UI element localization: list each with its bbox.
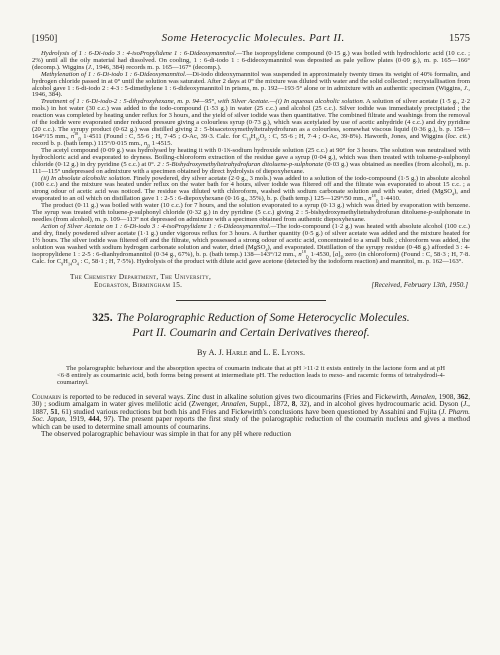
page-header: [1950] Some Heterocyclic Molecules. Part… bbox=[32, 32, 470, 44]
author-address-block: The Chemistry Department, The University… bbox=[32, 273, 470, 289]
article-number: 325. bbox=[92, 311, 112, 324]
received-date: [Received, February 13th, 1950.] bbox=[371, 281, 468, 289]
para-absolute-alcohol: (ii) In absolute alcoholic solution. Fin… bbox=[32, 176, 470, 204]
para-hydrolysis: Hydrolysis of 1 : 6-Di-iodo 3 : 4-isoPro… bbox=[32, 51, 470, 72]
para-action-silver-acetate: Action of Silver Acetate on 1 : 6-Di-iod… bbox=[32, 224, 470, 266]
header-year: [1950] bbox=[32, 34, 57, 44]
byline: By A. J. Harle and L. E. Lyons. bbox=[32, 348, 470, 357]
para-methylenation: Methylenation of 1 : 6-Di-iodo 1 : 6-Did… bbox=[32, 72, 470, 100]
experimental-section: Hydrolysis of 1 : 6-Di-iodo 3 : 4-isoPro… bbox=[32, 51, 470, 266]
article-title: 325.The Polarographic Reduction of Some … bbox=[32, 310, 470, 341]
address-line-1: The Chemistry Department, The University… bbox=[70, 273, 470, 281]
running-title: Some Heterocyclic Molecules. Part II. bbox=[57, 32, 449, 44]
journal-page: [1950] Some Heterocyclic Molecules. Part… bbox=[0, 0, 500, 655]
article-body: Coumarin is reported to be reduced in se… bbox=[32, 393, 470, 437]
body-paragraph-coumarin: Coumarin is reported to be reduced in se… bbox=[32, 393, 470, 430]
body-paragraph-polarographic: The observed polarographic behaviour was… bbox=[32, 430, 470, 437]
article-title-line-2: Part II. Coumarin and Certain Derivative… bbox=[32, 325, 470, 341]
section-divider bbox=[176, 300, 326, 301]
article-title-line-1: The Polarographic Reduction of Some Hete… bbox=[117, 311, 410, 324]
para-acetyl-hydrolysis: The acetyl compound (0·09 g.) was hydrol… bbox=[32, 148, 470, 176]
abstract: The polarographic behaviour and the abso… bbox=[57, 365, 445, 386]
para-product-boiled: The product (0·11 g.) was boiled with wa… bbox=[32, 203, 470, 224]
address-line-2: Edgbaston, Birmingham 15. bbox=[94, 281, 182, 289]
header-page-number: 1575 bbox=[449, 33, 470, 44]
para-treatment-silver-acetate: Treatment of 1 : 6-Di-iodo-2 : 5-dihydro… bbox=[32, 99, 470, 148]
